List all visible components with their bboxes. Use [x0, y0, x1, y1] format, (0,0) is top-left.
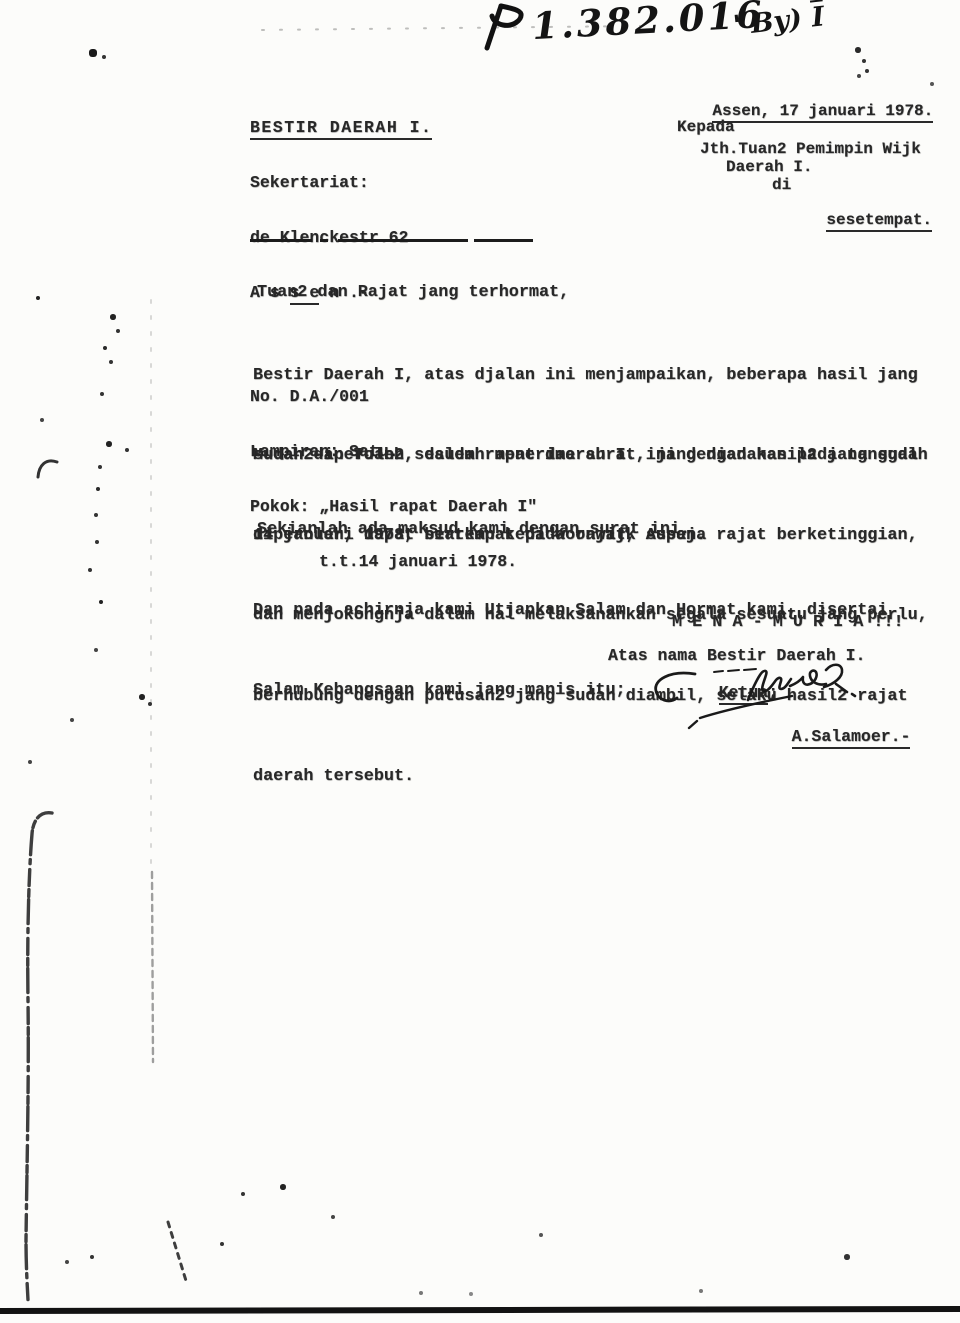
- margin-hook-mark: [38, 461, 57, 477]
- diagonal-dotted-mark: [168, 1222, 187, 1284]
- ink-specks: [0, 0, 2, 2]
- scan-artifacts: [0, 0, 960, 1323]
- pencil-dotted-line: [262, 26, 640, 30]
- left-margin-streak: [26, 813, 52, 1300]
- scanned-letter-page: 1.382.016 ' By)I BESTIR DAERAH I. Sekert…: [0, 0, 960, 1323]
- fold-line-lower: [152, 872, 153, 1062]
